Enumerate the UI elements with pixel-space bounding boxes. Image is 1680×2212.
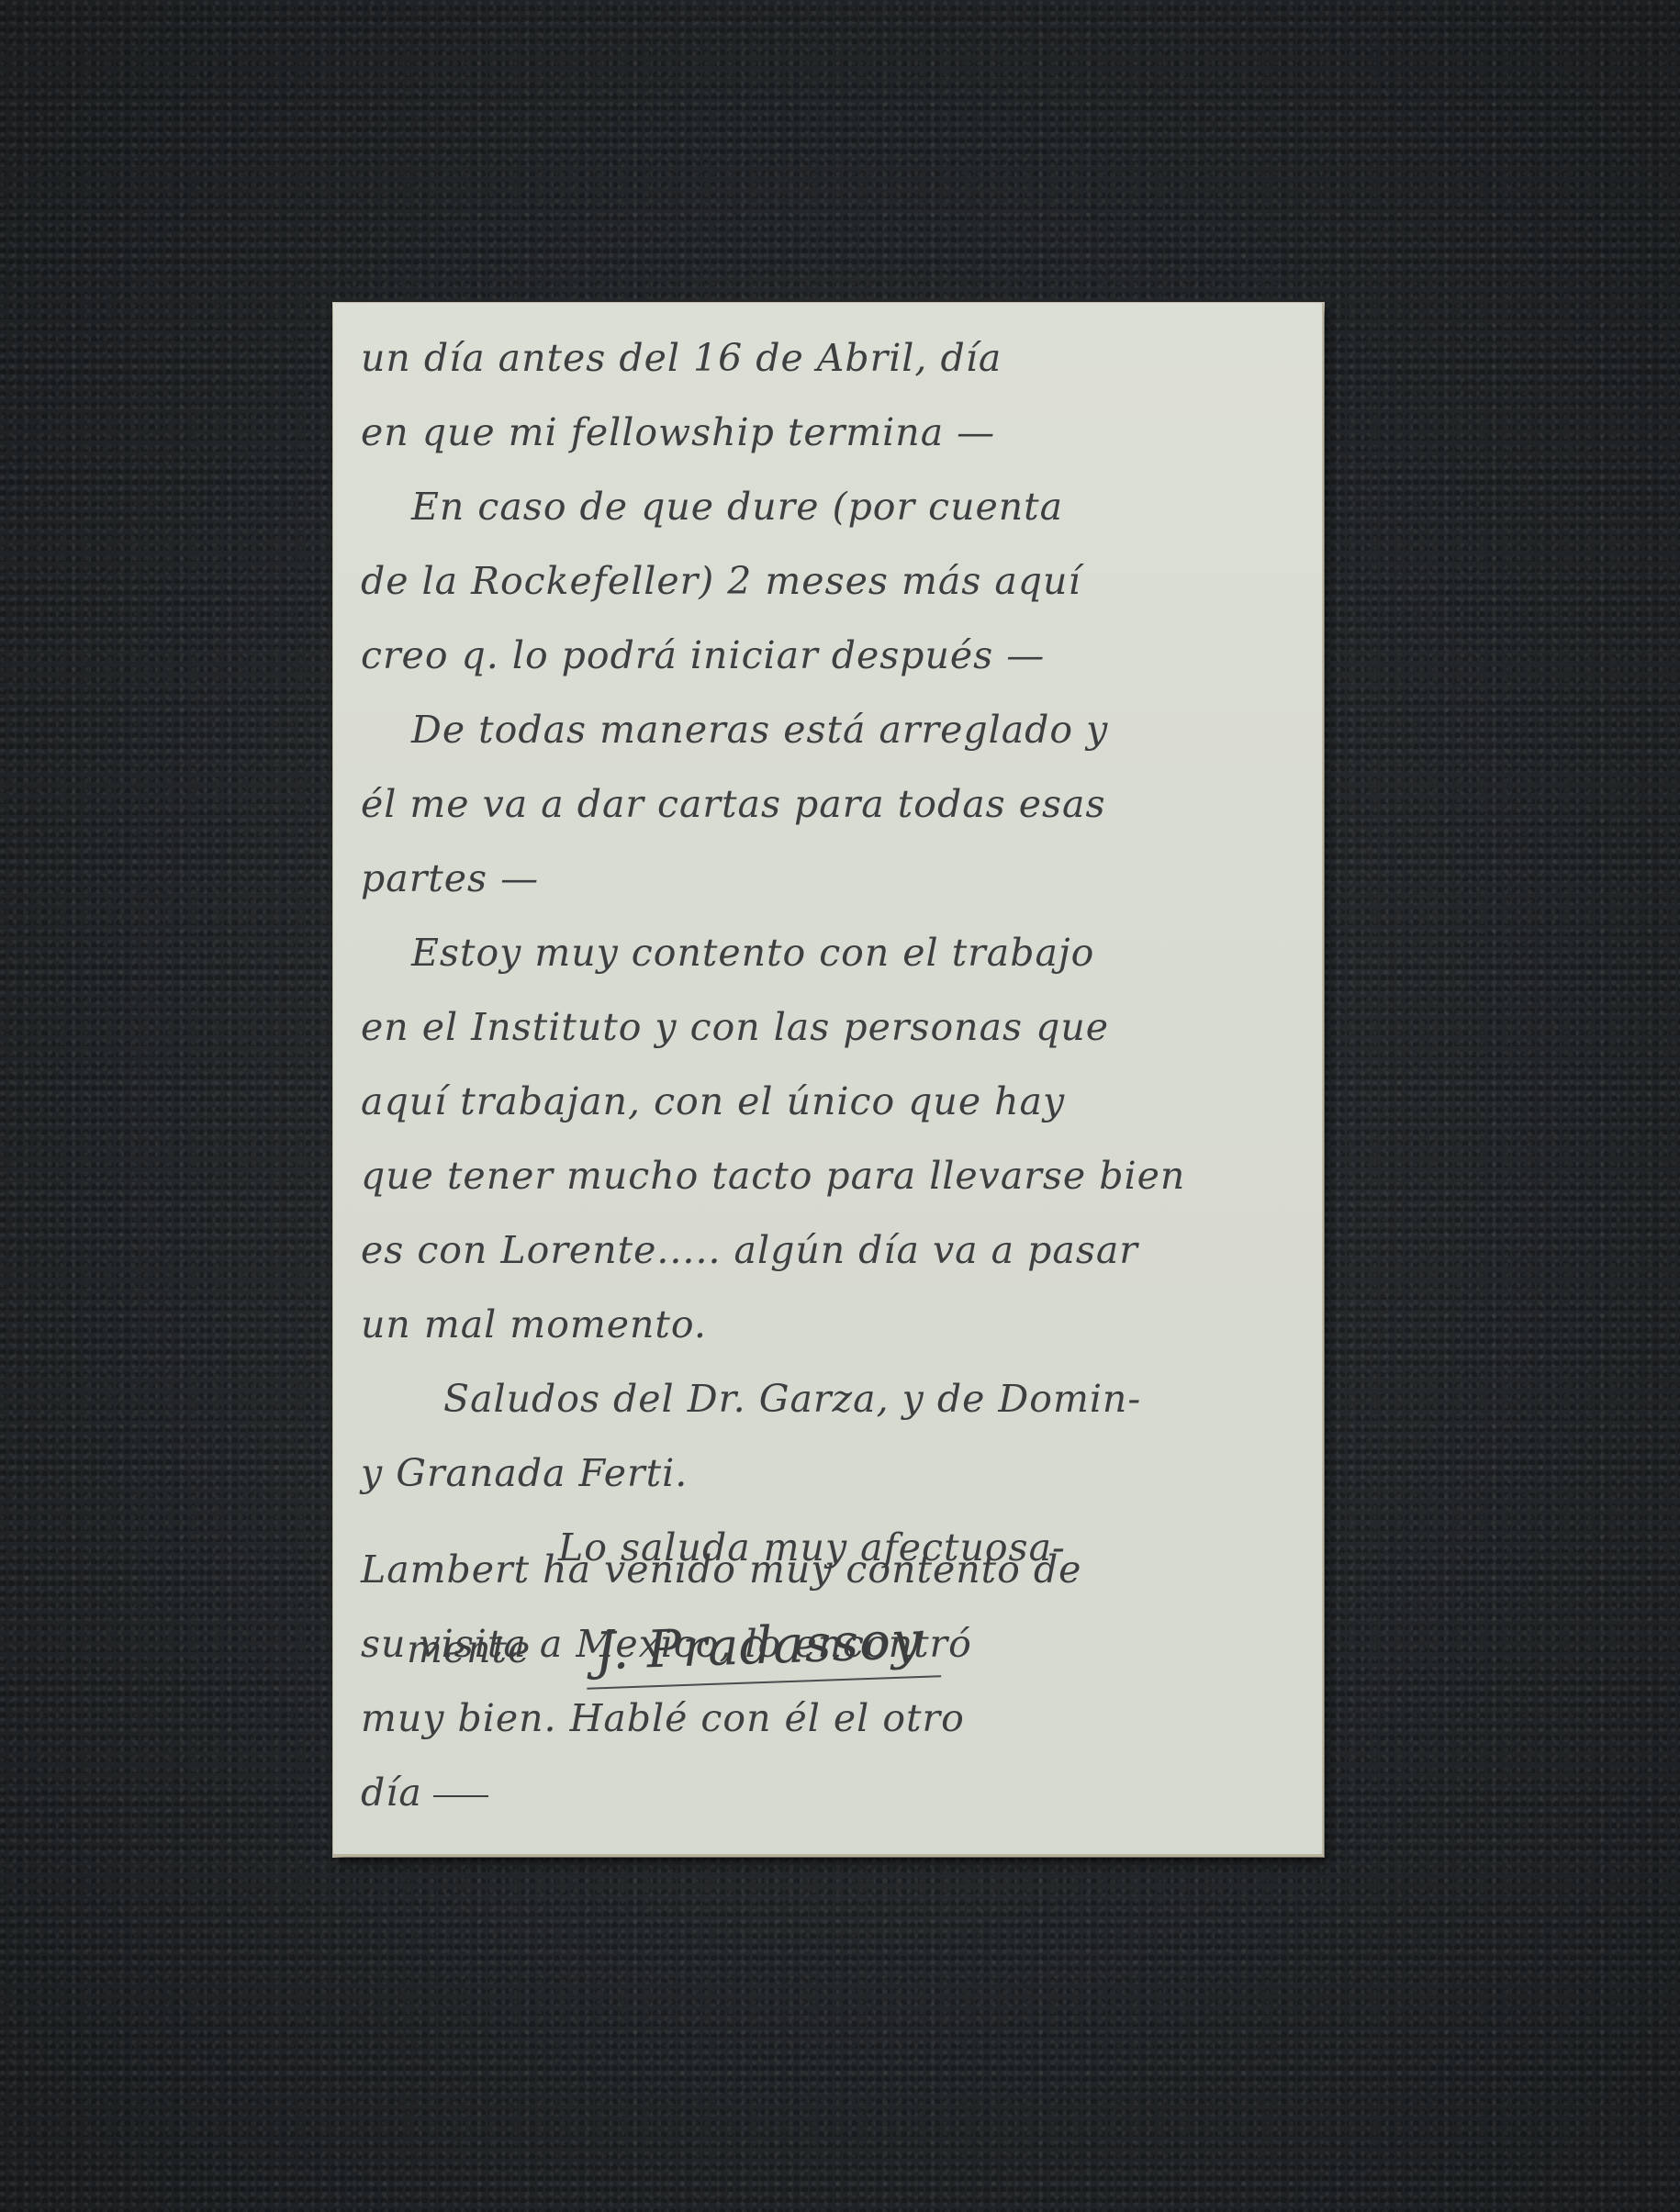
letter-line: un mal momento.	[361, 1288, 1304, 1362]
letter-line: en que mi fellowship termina —	[361, 396, 1304, 470]
letter-line: y Granada Ferti.	[361, 1436, 1304, 1511]
letter-line: partes —	[361, 842, 1304, 916]
postscript-line: Lambert ha venido muy contento de	[361, 1533, 1304, 1607]
letter-line: creo q. lo podrá iniciar después —	[361, 619, 1304, 693]
postscript-line: muy bien. Hablé con él el otro	[361, 1681, 1304, 1756]
letter-body: un día antes del 16 de Abril, día en que…	[361, 321, 1304, 1714]
letter-line: un día antes del 16 de Abril, día	[361, 321, 1304, 396]
letter-line: que tener mucho tacto para llevarse bien	[361, 1139, 1304, 1213]
postscript-line-last: día	[361, 1756, 1304, 1830]
letter-line: él me va a dar cartas para todas esas	[361, 767, 1304, 842]
letter-line: en el Instituto y con las personas que	[361, 990, 1304, 1065]
postscript-line: su visita a Mexico, lo encontró	[361, 1607, 1304, 1681]
letter-line: En caso de que dure (por cuenta	[361, 470, 1304, 544]
letter-page: un día antes del 16 de Abril, día en que…	[333, 303, 1324, 1857]
letter-line: de la Rockefeller) 2 meses más aquí	[361, 544, 1304, 619]
letter-line: aquí trabajan, con el único que hay	[361, 1065, 1304, 1139]
postscript-line-text: día	[361, 1771, 422, 1815]
letter-line: De todas maneras está arreglado y	[361, 693, 1304, 767]
letter-line: es con Lorente..... algún día va a pasar	[361, 1213, 1304, 1288]
letter-line: Saludos del Dr. Garza, y de Domin-	[361, 1362, 1304, 1436]
postscript: Lambert ha venido muy contento de su vis…	[361, 1533, 1304, 1830]
letter-line: Estoy muy contento con el trabajo	[361, 916, 1304, 990]
dash-mark	[433, 1795, 488, 1797]
